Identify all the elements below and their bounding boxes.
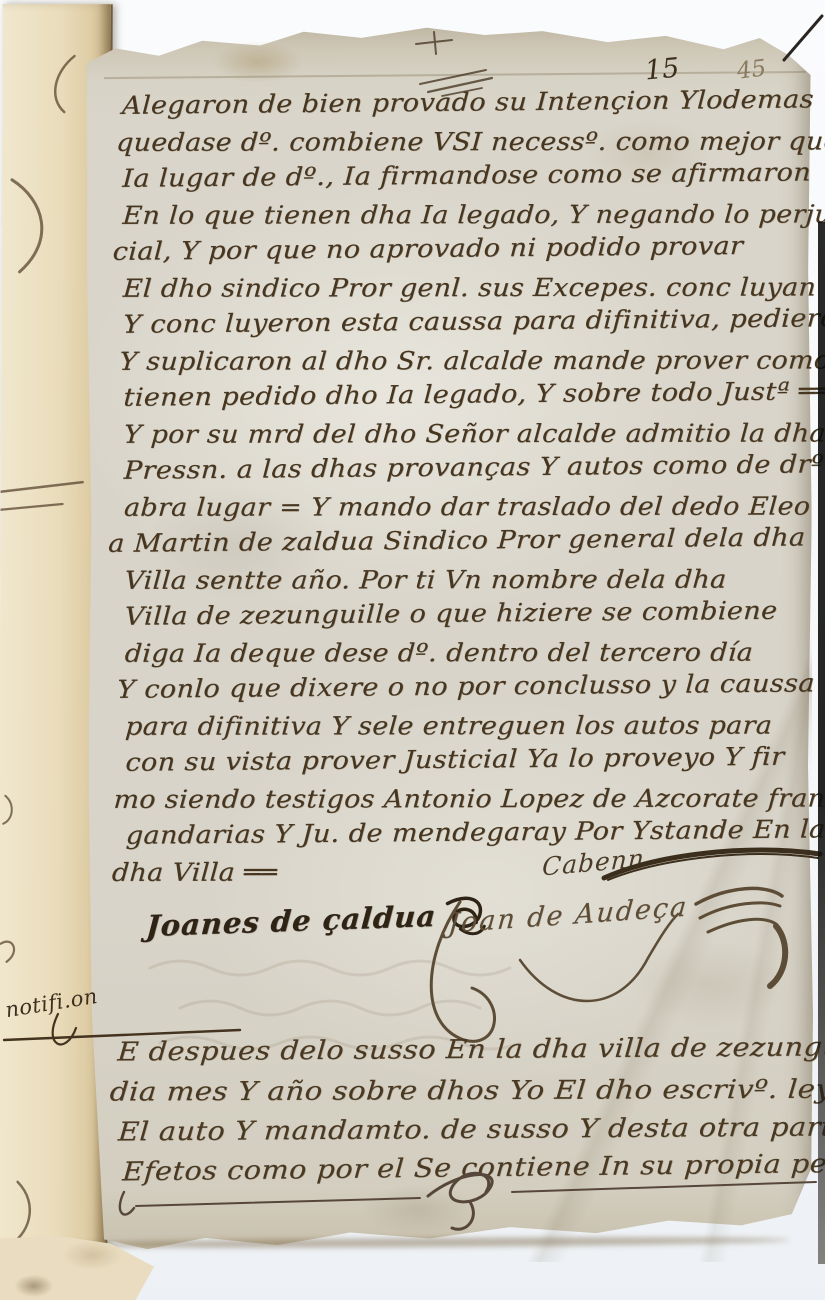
manuscript-line: tienen pedido dho Ia legado, Y sobre tod… <box>123 373 825 416</box>
signature-right-rubric <box>408 842 808 1057</box>
manuscript-line: Ia lugar de dº., Ia firmandose como se a… <box>122 154 825 197</box>
signature-left-name: Joanes de çaldua <box>145 898 438 943</box>
scan-edge-artifact <box>818 222 825 1264</box>
closing-rubric <box>110 1158 825 1244</box>
folio-number-secondary: 45 <box>736 57 768 83</box>
manuscript-line: Villa de zezunguille o que hiziere se co… <box>124 592 825 635</box>
manuscript-line: Y conlo que dixere o no por conclusso y … <box>116 665 825 709</box>
top-right-edge-artifact <box>780 12 825 66</box>
manuscript-line: cial, Y por que no aprovado ni podido pr… <box>112 227 825 271</box>
manuscript-line: a Martin de zaldua Sindico Pror general … <box>107 519 825 563</box>
closing-line: dia mes Y año sobre dhos Yo El dho escri… <box>108 1069 825 1112</box>
manuscript-scan: 15 45 Alegaron de bien provado su Intenç… <box>0 0 825 1300</box>
manuscript-line: con su vista prover Justicial Ya lo prov… <box>125 738 825 781</box>
closing-line: E despues delo susso En la dha villa de … <box>116 1027 825 1072</box>
manuscript-line: Alegaron de bien provado su Intençion Yl… <box>121 81 825 124</box>
manuscript-line: Pressn. a las dhas provanças Y autos com… <box>123 446 825 489</box>
manuscript-line: Y conc luyeron esta caussa para difiniti… <box>122 300 825 343</box>
main-text-block: Alegaron de bien provado su Intençion Yl… <box>122 84 816 891</box>
folio-number-primary: 15 <box>644 55 681 85</box>
